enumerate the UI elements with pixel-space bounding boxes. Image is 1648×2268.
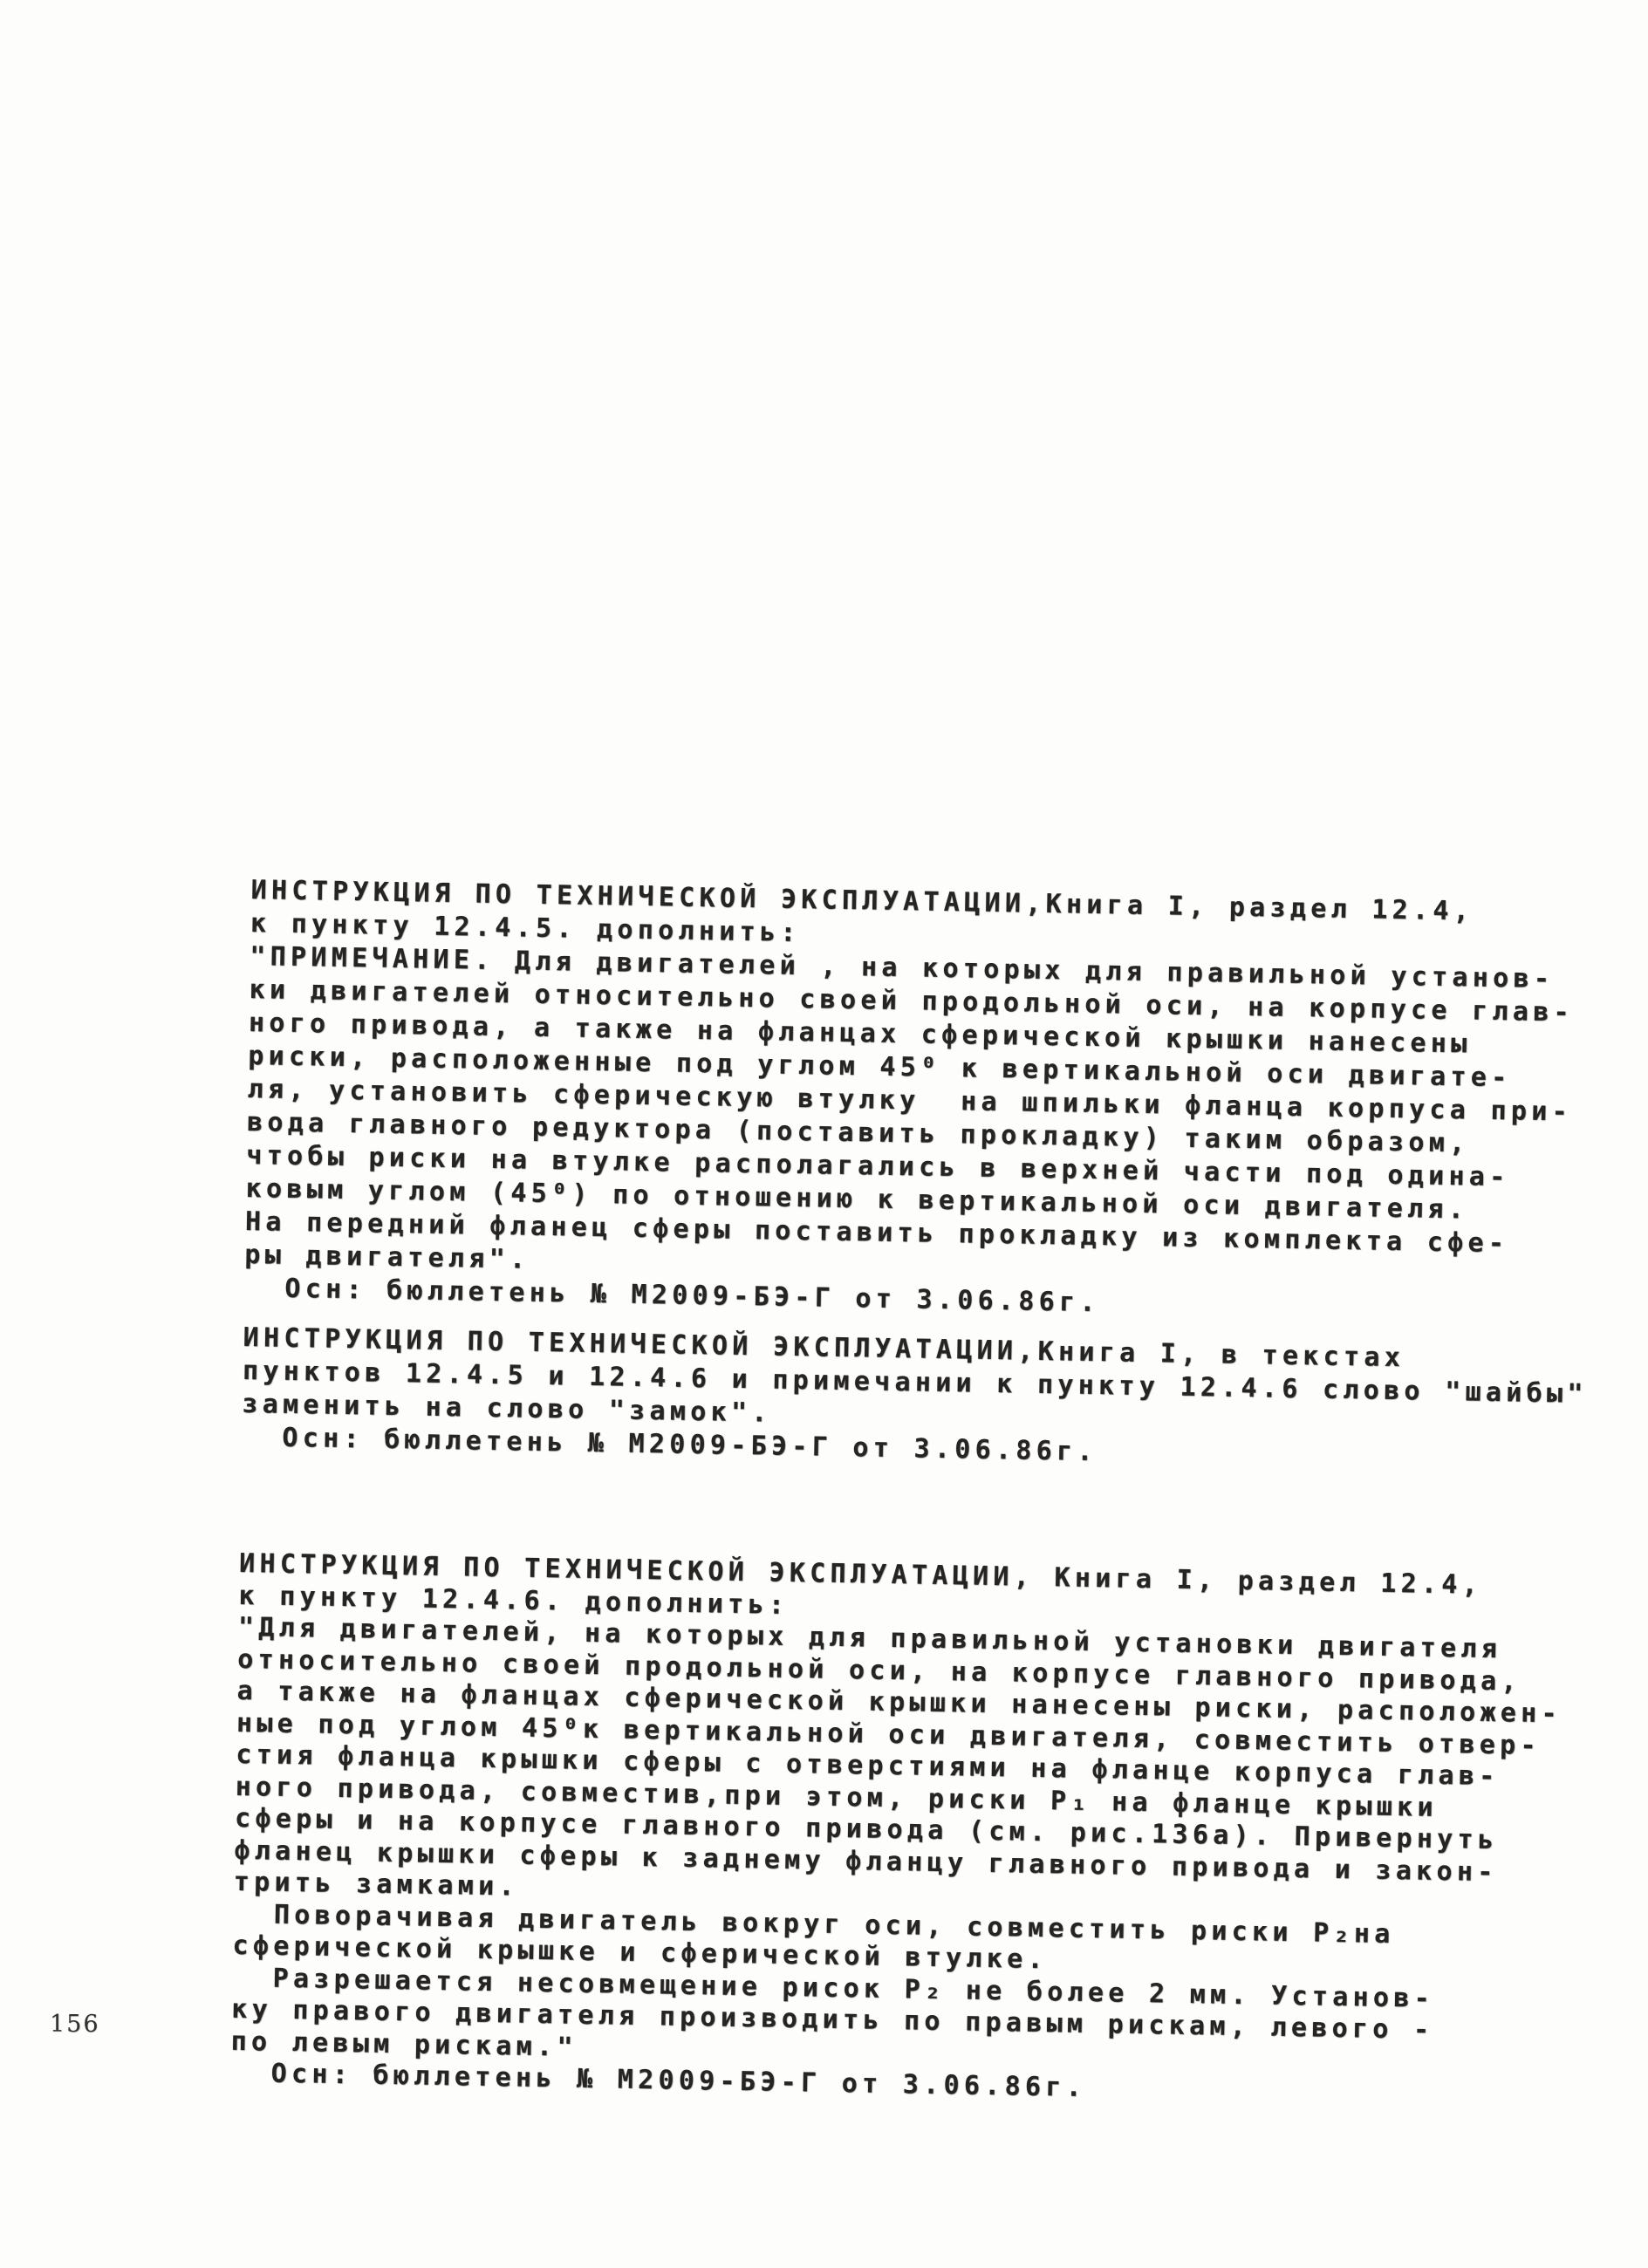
page-number: 156 (50, 2011, 100, 2038)
typed-text-column: ИНСТРУКЦИЯ ПО ТЕХНИЧЕСКОЙ ЭКСПЛУАТАЦИИ,К… (230, 874, 1647, 2114)
amendment-block-12-4-5: ИНСТРУКЦИЯ ПО ТЕХНИЧЕСКОЙ ЭКСПЛУАТАЦИИ,К… (243, 874, 1646, 1329)
word-replacement-block: ИНСТРУКЦИЯ ПО ТЕХНИЧЕСКОЙ ЭКСПЛУАТАЦИИ,К… (241, 1322, 1638, 1479)
scanned-document-page: ИНСТРУКЦИЯ ПО ТЕХНИЧЕСКОЙ ЭКСПЛУАТАЦИИ,К… (0, 0, 1648, 2268)
amendment-block-12-4-6: ИНСТРУКЦИЯ ПО ТЕХНИЧЕСКОЙ ЭКСПЛУАТАЦИИ, … (230, 1548, 1636, 2114)
